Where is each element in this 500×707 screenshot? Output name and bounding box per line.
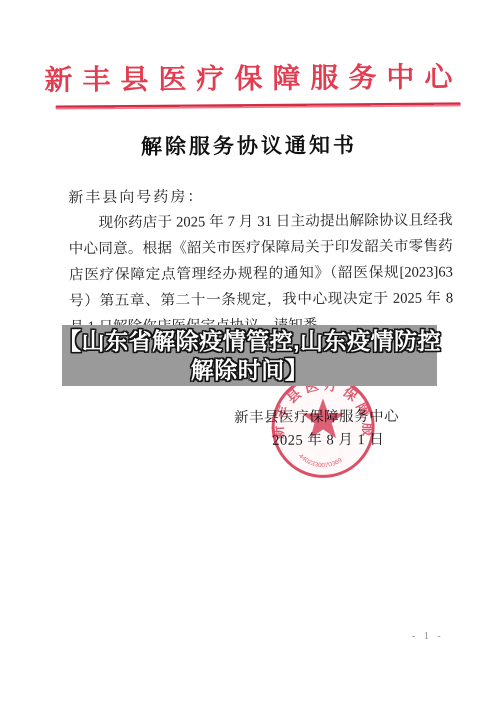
watermark-caption-line-2: 解除时间】 xyxy=(191,356,309,385)
letterhead-divider-line xyxy=(56,102,461,109)
addressee-line: 新丰县向号药房： xyxy=(68,185,204,207)
letterhead-title: 新丰县医疗保障服务中心 xyxy=(0,55,499,99)
body-line-1: 现你药店于 2025 年 7 月 31 日主动提出解除协议且经我 xyxy=(68,208,452,232)
watermark-caption-box: 【山东省解除疫情管控,山东疫情防控 解除时间】 xyxy=(62,325,437,386)
document-title: 解除服务协议通知书 xyxy=(0,128,499,162)
body-line-4: 号）第五章、第二十一条规定，我中心现决定于 2025 年 8 xyxy=(69,286,453,310)
page-number: - 1 - xyxy=(412,631,444,642)
scanned-notice-page: 新丰县医疗保障服务中心 解除服务协议通知书 新丰县向号药房： 现你药店于 202… xyxy=(0,0,500,707)
watermark-caption-line-1: 【山东省解除疫情管控,山东疫情防控 xyxy=(58,327,441,356)
body-line-2: 中心同意。根据《韶关市医疗保障局关于印发韶关市零售药 xyxy=(69,234,453,258)
body-line-3: 店医疗保障定点管理经办规程的通知》（韶医保规[2023]63 xyxy=(69,260,453,284)
